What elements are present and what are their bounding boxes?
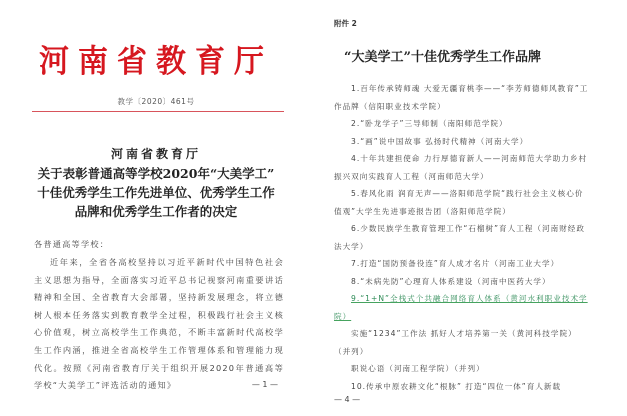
decision-title-line: 关于表彰普通高等学校2020年“大美学工” xyxy=(0,164,312,183)
list-item: 8.“未病先防”心理育人体系建设（河南中医药大学） xyxy=(334,273,589,291)
highlighted-list-item: 9.“1+N”全栈式个共融合网络育人体系（黄河水利职业技术学院） xyxy=(334,290,589,325)
decision-title: 河南省教育厅 关于表彰普通高等学校2020年“大美学工” 十佳优秀学生工作先进单… xyxy=(0,145,312,221)
page-number: — 4 — xyxy=(334,395,360,404)
list-item: 6.少数民族学生教育管理工作“石榴树”育人工程（河南财经政法大学） xyxy=(334,220,589,255)
list-item: 职说心语（河南工程学院）（并列） xyxy=(334,360,589,378)
brand-list: 1.百年传承铸师魂 大爱无疆育桃李——“李芳师德师风教育”工作品牌（信阳职业技术… xyxy=(334,80,589,395)
list-item: 4.十年共建担使命 力行厚德育新人——河南师范大学助力乡村振兴双向实践育人工程（… xyxy=(334,150,589,185)
red-divider-line xyxy=(32,111,284,112)
list-item: 5.春风化雨 润育无声——洛阳师范学院“践行社会主义核心价值观”大学生先进事迹报… xyxy=(334,185,589,220)
decision-title-line: 品牌和优秀学生工作者的决定 xyxy=(0,202,312,221)
right-attachment-page: 附件 2 “大美学工”十佳优秀学生工作品牌 1.百年传承铸师魂 大爱无疆育桃李—… xyxy=(314,0,627,416)
list-item: 2.“卧龙学子”三导师制（南阳师范学院） xyxy=(334,115,589,133)
page-number: — 1 — xyxy=(252,380,278,389)
list-item: 3.“画”说中国故事 弘扬时代精神（河南大学） xyxy=(334,133,589,151)
attachment-title: “大美学工”十佳优秀学生工作品牌 xyxy=(344,46,541,65)
decision-title-line: 河南省教育厅 xyxy=(0,145,312,164)
decision-title-line: 十佳优秀学生工作先进单位、优秀学生工作 xyxy=(0,183,312,202)
list-item: 7.打造“国防预备役连”育人成才名片（河南工业大学） xyxy=(334,255,589,273)
list-item: 实施“1234”工作法 抓好人才培养第一关（黄河科技学院）（并列） xyxy=(334,325,589,360)
list-item: 10.传承中原农耕文化“根脉” 打造“四位一体”育人新载 xyxy=(334,378,589,396)
body-paragraph: 近年来，全省各高校坚持以习近平新时代中国特色社会主义思想为指导，全面落实习近平总… xyxy=(34,254,284,395)
attachment-label: 附件 2 xyxy=(334,18,357,29)
salutation: 各普通高等学校： xyxy=(34,236,284,254)
document-number: 教学〔2020〕461号 xyxy=(0,96,312,107)
issuer-red-header: 河南省教育厅 xyxy=(0,35,312,81)
list-item: 1.百年传承铸师魂 大爱无疆育桃李——“李芳师德师风教育”工作品牌（信阳职业技术… xyxy=(334,80,589,115)
left-document-page: 河南省教育厅 教学〔2020〕461号 河南省教育厅 关于表彰普通高等学校202… xyxy=(0,0,312,416)
